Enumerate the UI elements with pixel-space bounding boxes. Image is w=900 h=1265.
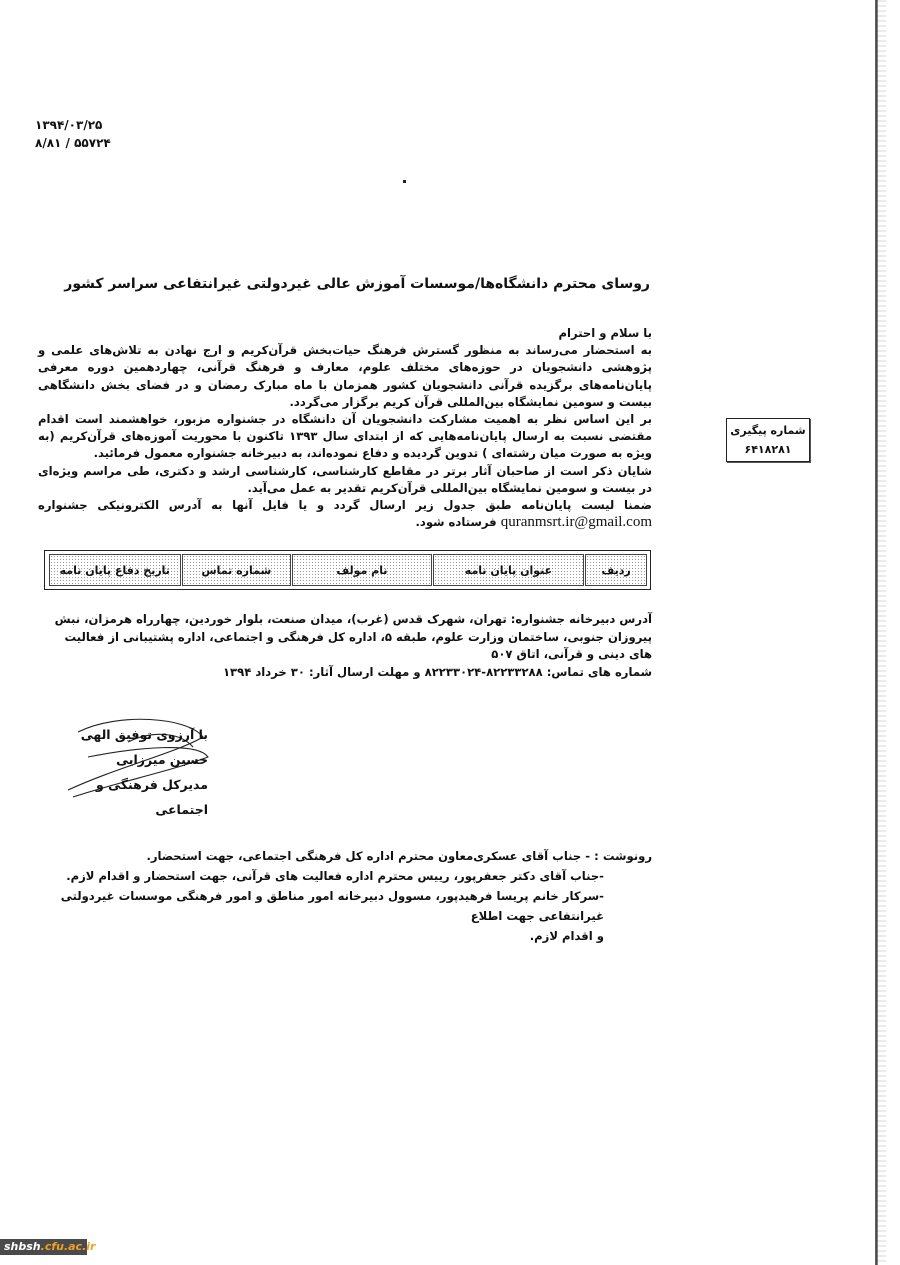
column-header-contact-number: شماره تماس bbox=[182, 554, 292, 586]
thesis-list-table: ردیف عنوان پایان نامه نام مولف شماره تما… bbox=[44, 550, 651, 590]
signatory-position: مدیرکل فرهنگی و اجتماعی bbox=[48, 772, 208, 822]
letter-reference: ۱۳۹۴/۰۳/۲۵ ۸/۸۱ / ۵۵۷۲۴ bbox=[35, 116, 111, 152]
carbon-copy-list: رونوشت : - جناب آقای عسکری‌معاون محترم ا… bbox=[40, 846, 652, 946]
submission-text-end: فرستاده شود. bbox=[416, 515, 497, 529]
cc-line: رونوشت : - جناب آقای عسکری‌معاون محترم ا… bbox=[40, 846, 652, 866]
paragraph-request: بر این اساس نظر به اهمیت مشارکت دانشجویا… bbox=[38, 411, 652, 463]
watermark-part-2: .cfu.ac.ir bbox=[41, 1240, 96, 1253]
greeting: با سلام و احترام bbox=[38, 325, 652, 342]
cc-line: -سرکار خانم پریسا فرهیدپور، مسوول دبیرخا… bbox=[40, 886, 652, 926]
paragraph-awards: شایان ذکر است از صاحبان آثار برتر در مقا… bbox=[38, 463, 652, 497]
letter-number: ۸/۸۱ / ۵۵۷۲۴ bbox=[35, 134, 111, 152]
address-line: آدرس دبیرخانه جشنواره: تهران، شهرک قدس (… bbox=[40, 611, 652, 664]
contact-and-deadline: شماره های تماس: ۸۲۲۳۳۲۸۸-۸۲۲۳۳۰۲۴ و مهلت… bbox=[40, 664, 652, 682]
paragraph-submission: ضمنا لیست پایان‌نامه طبق جدول زیر ارسال … bbox=[38, 497, 652, 531]
closing-line: با آرزوی توفیق الهی bbox=[48, 722, 208, 747]
tracking-label: شماره پیگیری bbox=[727, 421, 809, 440]
scan-speck bbox=[403, 180, 406, 183]
letter-body: با سلام و احترام به استحضار می‌رساند به … bbox=[38, 325, 652, 531]
festival-email-link[interactable]: quranmsrt.ir@gmail.com bbox=[501, 514, 652, 530]
signature-block: با آرزوی توفیق الهی حسین میرزایی مدیرکل … bbox=[48, 722, 208, 822]
site-watermark: shbsh.cfu.ac.ir bbox=[0, 1239, 87, 1255]
submission-text: ضمنا لیست پایان‌نامه طبق جدول زیر ارسال … bbox=[38, 498, 652, 512]
recipient-title: روسای محترم دانشگاه‌ها/موسسات آموزش عالی… bbox=[160, 276, 650, 292]
column-header-thesis-title: عنوان پایان نامه bbox=[433, 554, 584, 586]
paragraph-intro: به استحضار می‌رساند به منظور گسترش فرهنگ… bbox=[38, 342, 652, 411]
cc-line: و اقدام لازم. bbox=[40, 926, 652, 946]
watermark-part-1: shbsh bbox=[4, 1240, 41, 1253]
cc-line: -جناب آقای دکتر جعفرپور، رییس محترم ادار… bbox=[40, 866, 652, 886]
letter-date: ۱۳۹۴/۰۳/۲۵ bbox=[35, 116, 111, 134]
column-header-defense-date: تاریخ دفاع پایان نامه bbox=[49, 554, 181, 586]
secretariat-address: آدرس دبیرخانه جشنواره: تهران، شهرک قدس (… bbox=[40, 611, 652, 681]
column-header-row-number: ردیف bbox=[585, 554, 647, 586]
tracking-number-box: شماره پیگیری ۶۴۱۸۲۸۱ bbox=[726, 418, 810, 462]
column-header-author-name: نام مولف bbox=[292, 554, 432, 586]
scan-edge-line bbox=[875, 0, 878, 1265]
tracking-number: ۶۴۱۸۲۸۱ bbox=[727, 440, 809, 459]
signatory-name: حسین میرزایی bbox=[48, 747, 208, 772]
